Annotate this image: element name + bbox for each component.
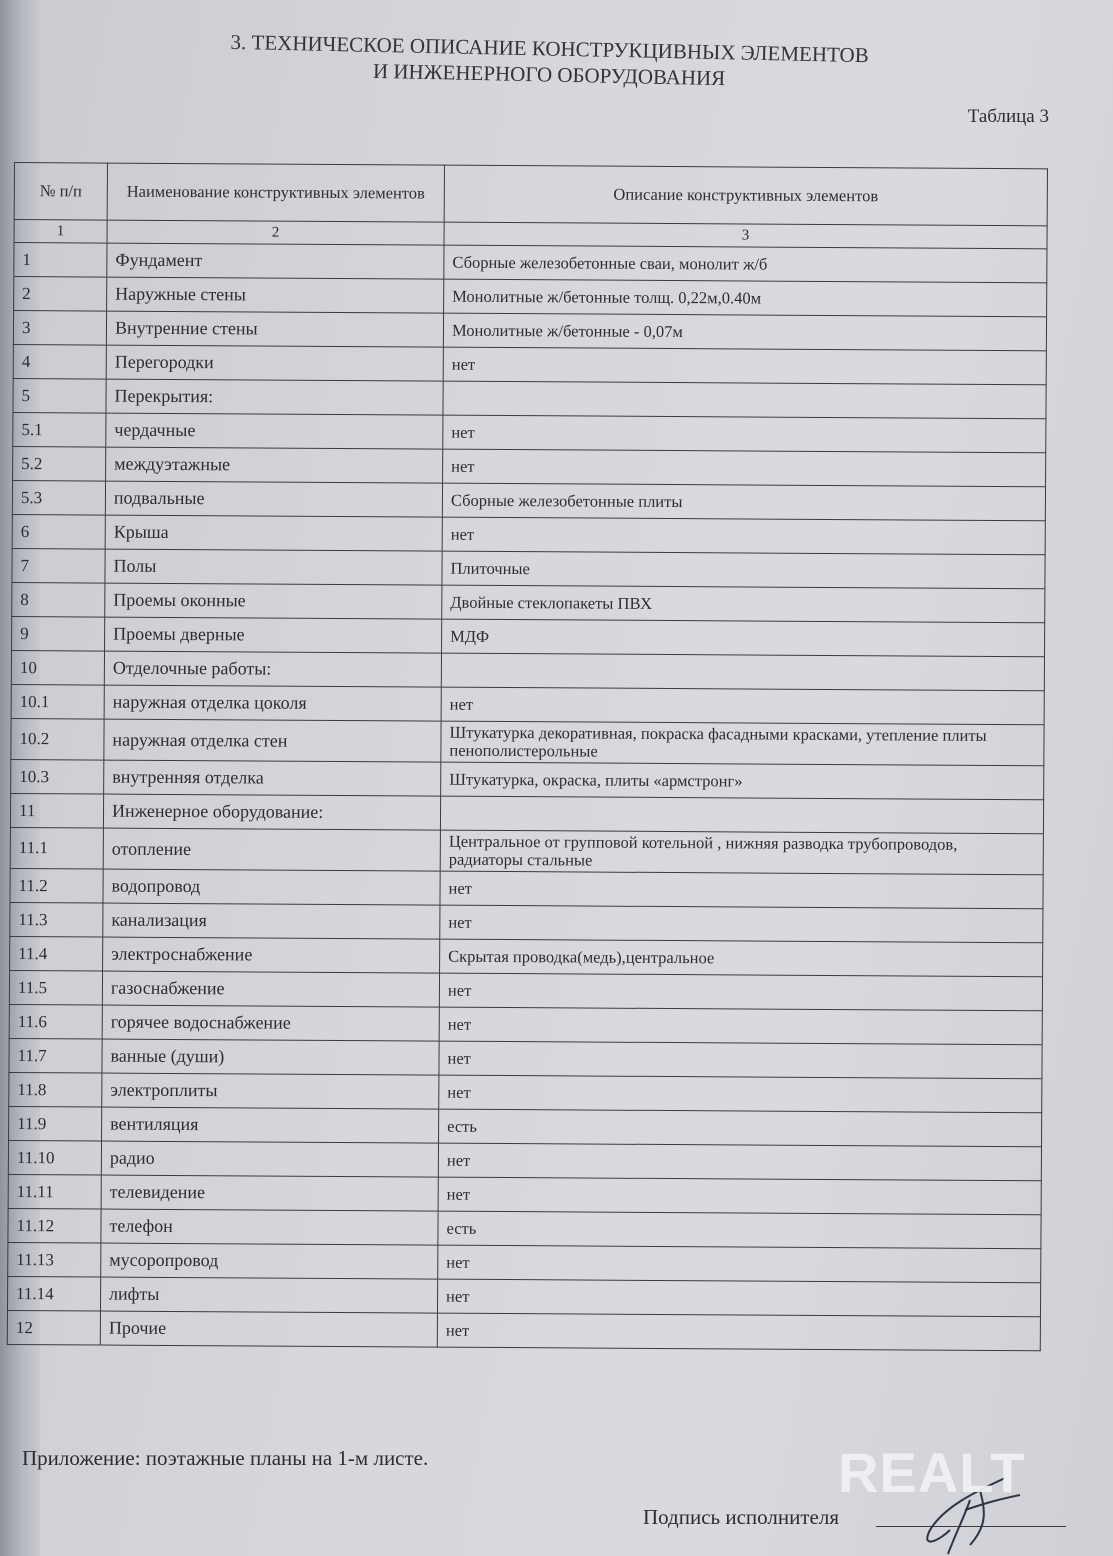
row-element-description: нет	[442, 517, 1045, 555]
row-element-description: нет	[437, 1313, 1040, 1351]
row-number: 11.8	[9, 1072, 102, 1107]
row-number: 5.2	[13, 446, 106, 481]
row-element-name: телевидение	[101, 1175, 438, 1211]
row-element-name: Полы	[105, 549, 442, 585]
row-element-name: Крыша	[105, 515, 442, 551]
row-number: 1	[14, 243, 107, 278]
row-element-name: Проемы дверные	[105, 617, 442, 653]
header-element-name: Наименование конструктивных элементов	[107, 163, 444, 222]
row-element-name: наружная отделка стен	[104, 719, 441, 762]
document-title: 3. ТЕХНИЧЕСКОЕ ОПИСАНИЕ КОНСТРУКЦИВНЫХ Э…	[189, 28, 910, 95]
row-element-description: Монолитные ж/бетонные - 0,07м	[443, 313, 1046, 351]
realt-watermark: REALT	[838, 1440, 1026, 1505]
column-number-1: 1	[14, 220, 107, 244]
row-element-description: Плиточные	[442, 551, 1045, 589]
row-element-description: есть	[439, 1109, 1042, 1147]
row-element-name: подвальные	[105, 481, 442, 517]
row-element-name: Перегородки	[106, 345, 443, 381]
row-element-name: Отделочные работы:	[104, 651, 441, 687]
document-page: 3. ТЕХНИЧЕСКОЕ ОПИСАНИЕ КОНСТРУКЦИВНЫХ Э…	[0, 0, 1113, 1556]
row-number: 11.13	[8, 1242, 101, 1277]
row-element-description: нет	[439, 1075, 1042, 1113]
row-element-name: ванные (души)	[102, 1039, 439, 1075]
row-number: 6	[12, 514, 105, 549]
table-row: 12Прочиенет	[7, 1310, 1040, 1350]
row-element-description: нет	[440, 905, 1043, 943]
row-element-description: нет	[440, 871, 1043, 909]
row-element-name: Прочие	[100, 1311, 437, 1347]
row-number: 11.9	[9, 1106, 102, 1141]
table-row: 10.2наружная отделка стенШтукатурка деко…	[11, 718, 1044, 765]
table-row: 11.1отоплениеЦентральное от групповой ко…	[10, 827, 1043, 874]
column-number-2: 2	[107, 220, 444, 245]
row-element-name: мусоропровод	[101, 1243, 438, 1279]
row-element-description: нет	[439, 1041, 1042, 1079]
row-number: 11.3	[10, 902, 103, 937]
row-element-name: чердачные	[106, 413, 443, 449]
row-element-description: нет	[441, 687, 1044, 725]
row-element-name: Фундамент	[107, 243, 444, 279]
row-number: 7	[12, 548, 105, 583]
row-number: 11.7	[9, 1038, 102, 1073]
table-label: Таблица 3	[968, 106, 1049, 128]
row-number: 10.2	[11, 718, 104, 760]
row-element-description: Центральное от групповой котельной , ниж…	[440, 830, 1043, 875]
header-number: № п/п	[14, 163, 107, 221]
table-header-row: № п/п Наименование конструктивных элемен…	[14, 163, 1047, 226]
row-element-description: нет	[443, 415, 1046, 453]
row-element-name: вентиляция	[102, 1107, 439, 1143]
row-element-description: нет	[443, 449, 1046, 487]
row-element-description: Двойные стеклопакеты ПВХ	[442, 585, 1045, 623]
row-element-name: Наружные стены	[107, 277, 444, 313]
row-number: 5.3	[12, 480, 105, 515]
row-number: 11	[10, 793, 103, 828]
construction-elements-table: № п/п Наименование конструктивных элемен…	[7, 162, 1048, 1351]
header-element-description: Описание конструктивных элементов	[444, 165, 1047, 226]
row-number: 5.1	[13, 412, 106, 447]
row-number: 11.6	[9, 1004, 102, 1039]
row-number: 4	[13, 344, 106, 379]
row-number: 10	[11, 650, 104, 685]
signature-label: Подпись исполнителя	[643, 1505, 839, 1530]
row-element-description: нет	[439, 973, 1042, 1011]
row-element-description: Скрытая проводка(медь),центральное	[440, 939, 1043, 977]
row-element-name: Проемы оконные	[105, 583, 442, 619]
row-element-description: Штукатурка, окраска, плиты «армстронг»	[441, 762, 1044, 800]
row-element-name: лифты	[100, 1277, 437, 1313]
row-number: 11.12	[8, 1208, 101, 1243]
row-element-name: междуэтажные	[106, 447, 443, 483]
row-element-description	[443, 381, 1046, 419]
row-element-description: Сборные железобетонные сваи, монолит ж/б	[444, 245, 1047, 283]
row-element-description: нет	[438, 1177, 1041, 1215]
row-number: 3	[13, 311, 106, 346]
row-element-description: нет	[438, 1143, 1041, 1181]
row-number: 11.11	[8, 1174, 101, 1209]
row-element-description: нет	[437, 1279, 1040, 1317]
row-number: 8	[12, 582, 105, 617]
row-number: 11.2	[10, 868, 103, 903]
row-element-name: канализация	[103, 903, 440, 939]
row-element-name: телефон	[101, 1209, 438, 1245]
row-number: 12	[7, 1310, 100, 1345]
row-number: 10.3	[11, 759, 104, 794]
appendix-note: Приложение: поэтажные планы на 1-м листе…	[22, 1446, 428, 1471]
row-element-name: Инженерное оборудование:	[103, 794, 440, 830]
row-element-description: нет	[438, 1245, 1041, 1283]
row-number: 5	[13, 378, 106, 413]
row-element-name: горячее водоснабжение	[102, 1005, 439, 1041]
row-number: 9	[12, 616, 105, 651]
row-element-name: отопление	[103, 828, 440, 871]
row-number: 11.14	[7, 1276, 100, 1311]
row-element-name: внутренняя отделка	[104, 760, 441, 796]
row-element-description	[441, 653, 1044, 691]
row-element-description: есть	[438, 1211, 1041, 1249]
row-element-description: нет	[439, 1007, 1042, 1045]
row-element-description: Монолитные ж/бетонные толщ. 0,22м,0.40м	[444, 279, 1047, 317]
row-number: 11.5	[9, 970, 102, 1005]
row-number: 11.4	[10, 936, 103, 971]
row-element-description: Сборные железобетонные плиты	[442, 483, 1045, 521]
row-number: 2	[14, 277, 107, 312]
row-element-name: радио	[101, 1141, 438, 1177]
row-element-description	[440, 796, 1043, 834]
row-element-description: Штукатурка декоративная, покраска фасадн…	[441, 721, 1044, 766]
row-number: 11.1	[10, 827, 103, 869]
row-element-name: Внутренние стены	[106, 311, 443, 347]
row-element-description: нет	[443, 347, 1046, 385]
row-element-name: наружная отделка цоколя	[104, 685, 441, 721]
row-element-name: газоснабжение	[102, 971, 439, 1007]
row-element-name: электроплиты	[102, 1073, 439, 1109]
row-element-description: МДФ	[442, 619, 1045, 657]
row-number: 11.10	[8, 1140, 101, 1175]
row-element-name: Перекрытия:	[106, 379, 443, 415]
row-element-name: водопровод	[103, 869, 440, 905]
row-number: 10.1	[11, 684, 104, 719]
row-element-name: электроснабжение	[103, 937, 440, 973]
